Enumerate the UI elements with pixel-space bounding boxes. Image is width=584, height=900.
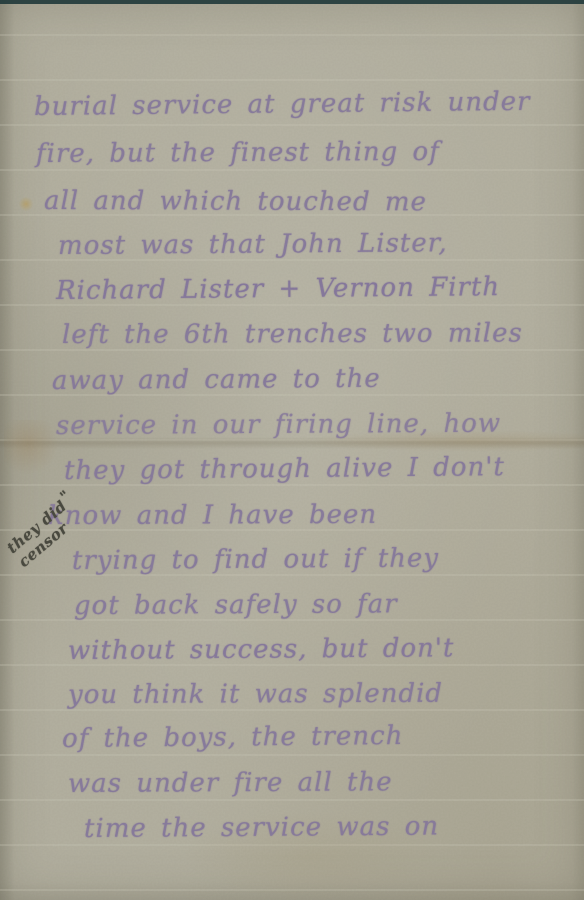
letter-scan-page: burial service at great risk under fire,…: [0, 0, 584, 900]
handwritten-line: all and which touched me: [44, 186, 427, 217]
handwritten-line: Richard Lister + Vernon Firth: [56, 272, 500, 306]
handwritten-line: burial service at great risk under: [34, 87, 531, 122]
scan-top-edge: [0, 0, 584, 4]
handwritten-line: know and I have been: [48, 500, 377, 531]
handwritten-line: was under fire all the: [68, 767, 393, 799]
handwritten-line: away and came to the: [52, 364, 381, 396]
handwritten-line: left the 6th trenches two miles: [62, 318, 523, 350]
handwritten-line: service in our firing line, how: [56, 409, 501, 441]
handwritten-line: without success, but don't: [68, 633, 455, 666]
letter-body: burial service at great risk under fire,…: [0, 0, 584, 900]
handwritten-line: got back safely so far: [74, 589, 398, 621]
handwritten-line: time the service was on: [84, 812, 439, 844]
handwritten-line: trying to find out if they: [72, 543, 439, 576]
handwritten-line: fire, but the finest thing of: [36, 137, 440, 169]
handwritten-line: most was that John Lister,: [58, 228, 448, 261]
handwritten-line: you think it was splendid: [68, 679, 443, 710]
handwritten-line: they got through alive I don't: [64, 452, 505, 486]
handwritten-line: of the boys, the trench: [62, 721, 404, 754]
